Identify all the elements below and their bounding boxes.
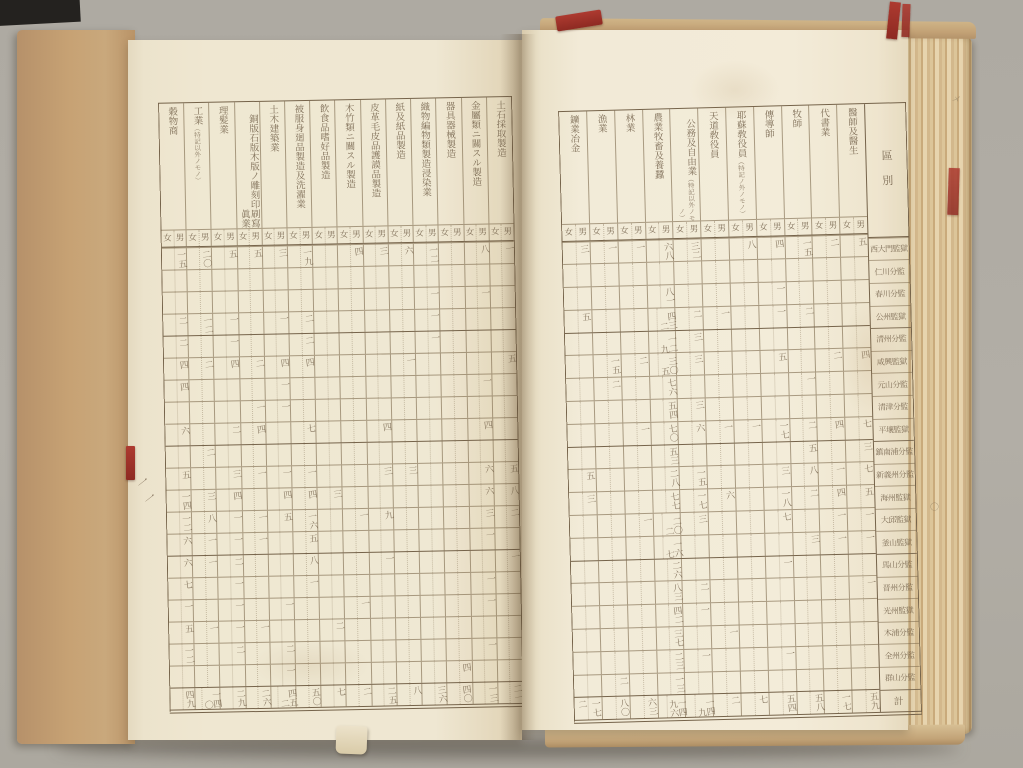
cell-value-male: 二	[233, 642, 243, 654]
subheader-male: 男	[324, 227, 337, 243]
cell-value-male: 一二	[183, 643, 194, 664]
table-cell: 一	[368, 552, 394, 573]
table-cell	[341, 442, 367, 463]
table-cell	[823, 668, 851, 691]
subheader-female: 女	[590, 224, 603, 240]
table-cell	[760, 373, 788, 396]
table-cell: 五	[564, 310, 591, 332]
table-cell	[843, 371, 871, 394]
table-cell: 一	[192, 555, 218, 576]
table-cell	[416, 397, 442, 418]
table-cell: 一	[218, 577, 244, 598]
table-cell: 二	[289, 333, 315, 354]
row-label: 西大門監獄	[869, 237, 910, 261]
table-cell	[568, 447, 595, 469]
table-cell	[320, 641, 346, 662]
table-cell: 二	[163, 336, 188, 357]
table-cell	[315, 377, 341, 398]
column-header: 漁業	[586, 111, 617, 224]
table-cell: 一	[293, 575, 319, 596]
cell-value-male: 四	[859, 348, 869, 360]
table-cell: 四	[756, 237, 784, 260]
row-label: 大邱監獄	[876, 508, 917, 532]
table-cell	[812, 258, 840, 281]
table-cell	[294, 597, 320, 618]
cell-value-male: 一	[359, 596, 369, 608]
column-header: 銅版石版木版ノ雕刻印刷寫眞業	[234, 102, 262, 228]
cell-value-male: 四五二	[277, 685, 297, 708]
table-cell	[737, 579, 765, 602]
cell-value-male: 一	[254, 400, 264, 412]
table-cell: 一	[470, 594, 496, 615]
cell-value-male: 一	[639, 422, 649, 434]
cell-value-male: 四	[835, 486, 845, 498]
table-cell	[813, 281, 841, 304]
table-cell: 五三	[650, 445, 678, 468]
cell-value-male: 五〇	[309, 685, 320, 706]
table-cell	[731, 351, 759, 374]
table-cell	[444, 550, 470, 571]
table-cell: 一	[711, 626, 739, 649]
table-cell	[787, 350, 815, 373]
column-header: 鑛業冶金	[559, 111, 589, 224]
cell-value-male: 一	[182, 599, 192, 611]
table-cell: 一	[263, 312, 289, 333]
row-label: 晋州分監	[877, 576, 918, 600]
table-cell: 一	[291, 465, 317, 486]
table-cell: 六	[468, 484, 494, 505]
table-cell: 一七	[824, 691, 852, 714]
table-cell	[573, 652, 600, 674]
cell-value-male: 一	[719, 306, 729, 318]
red-tab-left-spine	[126, 446, 135, 480]
table-cell	[389, 309, 415, 330]
table-cell: 五八	[796, 692, 824, 715]
left-page-table: 土石採取製造金屬類ニ關スル製造器具器械製造織物編物類製造浸染業紙及紙品製造皮革毛…	[158, 96, 524, 713]
column-header: 皮革毛皮品護謨品製造	[360, 99, 388, 225]
table-cell	[394, 573, 420, 594]
table-cell	[471, 660, 497, 681]
row-label: 元山分監	[872, 372, 913, 396]
table-cell: 五	[759, 351, 787, 374]
cell-value-male: 三〇五	[658, 353, 678, 377]
table-cell: 一	[217, 533, 243, 554]
cell-value-male: 二	[177, 313, 187, 325]
table-cell	[392, 441, 418, 462]
cell-value-male: 六	[482, 462, 492, 474]
row-label: 光州監獄	[878, 598, 919, 622]
table-cell: 一	[702, 307, 730, 330]
cell-value-male: 七六	[665, 376, 676, 397]
subheader-male: 男	[450, 225, 463, 241]
table-cell	[706, 443, 734, 466]
table-cell: 二八	[651, 468, 679, 491]
table-cell	[417, 441, 443, 462]
subheader-male: 男	[400, 226, 413, 242]
table-cell: 一	[767, 647, 795, 670]
cell-value-male: 五	[776, 350, 786, 362]
cell-value-male: 一	[404, 353, 414, 365]
table-cell	[365, 354, 391, 375]
cell-value-male: 一	[641, 514, 651, 526]
table-cell	[440, 352, 466, 373]
cell-value-male: 八	[745, 237, 755, 249]
table-cell: 一六七	[653, 536, 681, 559]
cell-value-male: 三	[407, 463, 417, 475]
cell-value-male: 一二	[180, 511, 191, 532]
cell-value-male: 一	[775, 305, 785, 317]
table-cell	[316, 465, 342, 486]
table-cell: 一三	[656, 673, 684, 696]
cell-value-male: 一	[280, 465, 290, 477]
table-cell: 一	[216, 511, 242, 532]
table-cell: 一二	[187, 313, 213, 334]
table-cell	[711, 648, 739, 671]
table-cell	[418, 485, 444, 506]
table-cell	[729, 260, 757, 283]
table-cell: 四	[446, 660, 472, 681]
cell-value-male: 一	[834, 463, 844, 475]
table-cell	[446, 638, 472, 659]
table-cell: 三	[569, 493, 596, 515]
table-cell	[395, 617, 421, 638]
table-cell: 二	[675, 307, 703, 330]
table-cell	[600, 629, 628, 652]
cell-value-male: 一五	[175, 247, 186, 268]
cell-value-male: 二〇二	[662, 512, 682, 536]
table-cell	[814, 326, 842, 349]
table-cell	[365, 398, 391, 419]
table-cell: 六	[165, 424, 190, 445]
subheader-male: 男	[350, 227, 363, 243]
table-cell: 一	[847, 508, 875, 531]
table-cell: 四	[164, 380, 189, 401]
cell-value-male: 一	[784, 647, 794, 659]
table-cell	[314, 355, 340, 376]
table-cell	[817, 440, 845, 463]
table-cell	[766, 601, 794, 624]
table-cell	[574, 675, 601, 697]
table-cell	[242, 554, 268, 575]
table-cell	[465, 330, 491, 351]
table-cell: 二	[682, 581, 710, 604]
table-cell	[681, 558, 709, 581]
table-cell: 一	[684, 649, 712, 672]
cell-value-male: 一六	[306, 509, 317, 530]
table-cell: 二	[269, 642, 295, 663]
table-cell: 一八	[763, 487, 791, 510]
table-cell: 一	[239, 400, 265, 421]
row-label: 春川分監	[870, 282, 911, 306]
red-ribbon-right-edge	[947, 168, 960, 215]
table-cell: 八三	[654, 581, 682, 604]
cell-value-male: 七	[335, 684, 345, 696]
table-cell	[570, 515, 597, 537]
table-cell	[239, 378, 265, 399]
table-cell	[624, 491, 652, 514]
table-cell: 二	[217, 555, 243, 576]
table-cell	[701, 261, 729, 284]
table-cell: 一	[213, 335, 239, 356]
cell-value-male: 一	[256, 510, 266, 522]
cell-value-male: 三	[694, 398, 704, 410]
table-cell	[591, 287, 619, 310]
cell-value-male: 二	[729, 694, 739, 706]
cell-value-male: 二	[204, 445, 214, 457]
table-cell: 二六	[245, 686, 271, 707]
subheader-male: 男	[575, 224, 589, 240]
cell-value-male: 四	[281, 487, 291, 499]
table-cell	[342, 486, 368, 507]
column-header: 飲食品嗜好品製造	[309, 100, 337, 226]
table-cell: 一	[819, 509, 847, 532]
table-cell	[821, 577, 849, 600]
table-cell	[733, 397, 761, 420]
table-cell	[339, 354, 365, 375]
table-cell: 一	[469, 528, 495, 549]
table-cell: 一三	[472, 682, 498, 703]
subheader-male: 男	[249, 229, 262, 245]
cell-value-male: 二	[637, 354, 647, 366]
cell-value-male: 一三	[486, 682, 497, 703]
cell-value-male: 四	[254, 422, 264, 434]
table-cell: 三	[563, 242, 590, 264]
cell-value-male: 一	[208, 621, 218, 633]
cell-value-male: 二	[284, 641, 294, 653]
table-cell	[730, 306, 758, 329]
cell-value-male: 六	[402, 243, 412, 255]
cell-value-male: 一四九六	[667, 695, 687, 719]
table-cell	[708, 512, 736, 535]
table-cell	[391, 419, 417, 440]
table-cell: 三	[677, 398, 705, 421]
table-cell	[394, 595, 420, 616]
cell-value-male: 三	[692, 353, 702, 365]
subheader-male: 男	[375, 226, 388, 242]
subheader-female: 女	[288, 228, 300, 244]
table-cell	[627, 605, 655, 628]
table-cell: 一	[818, 463, 846, 486]
table-cell	[765, 579, 793, 602]
table-cell: 二	[601, 674, 629, 697]
cell-value-male: 一	[428, 287, 438, 299]
cell-value-male: 一	[429, 309, 439, 321]
table-cell	[370, 640, 396, 661]
subheader-female: 女	[414, 226, 426, 242]
table-cell: 一	[244, 620, 270, 641]
table-cell	[795, 669, 823, 692]
cell-value-male: 三	[276, 245, 286, 257]
cell-value-male: 二九	[234, 686, 245, 707]
cell-value-male: 二	[617, 674, 627, 686]
table-cell	[684, 672, 712, 695]
table-cell	[701, 238, 729, 261]
table-cell	[465, 308, 491, 329]
table-cell	[244, 664, 270, 685]
cell-value-male: 四	[773, 236, 783, 248]
column-header: 紙及紙品製造	[385, 99, 413, 225]
cell-value-male: 一	[479, 286, 489, 298]
table-cell: 一	[622, 423, 650, 446]
table-cell	[704, 375, 732, 398]
book-photo: 土石採取製造金屬類ニ關スル製造器具器械製造織物編物類製造浸染業紙及紙品製造皮革毛…	[0, 0, 1023, 768]
table-cell: 一九	[287, 245, 313, 266]
table-cell: 一二九	[647, 331, 675, 354]
cell-value-male: 七	[757, 693, 767, 705]
cell-value-male: 二	[303, 333, 313, 345]
table-cell	[597, 515, 625, 538]
cell-value-male: 三	[697, 512, 707, 524]
table-cell: 四九	[170, 688, 195, 709]
table-cell	[757, 260, 785, 283]
table-cell	[166, 446, 191, 467]
cell-value-male: 二	[610, 377, 620, 389]
table-cell: 四	[213, 357, 239, 378]
cell-value-male: 一九	[301, 245, 312, 266]
table-cell: 五	[267, 510, 293, 531]
table-cell: 三	[680, 512, 708, 535]
column-header: 農業牧畜及養蠶	[642, 109, 673, 222]
table-cell: 一	[342, 508, 368, 529]
table-cell: 五四	[768, 693, 796, 716]
cell-value-male: 五四	[665, 399, 676, 420]
table-cell	[567, 424, 594, 446]
table-cell	[189, 379, 215, 400]
table-cell	[731, 329, 759, 352]
table-cell: 一五	[162, 248, 187, 269]
cell-value-male: 一	[863, 508, 873, 520]
table-cell	[848, 554, 876, 577]
cell-value-male: 七七	[668, 490, 679, 511]
cell-value-male: 五	[806, 441, 816, 453]
cell-value-male: 一	[383, 551, 393, 563]
table-cell: 一	[705, 421, 733, 444]
table-cell	[388, 265, 414, 286]
cell-value-male: 六	[181, 533, 191, 545]
table-cell	[442, 462, 468, 483]
table-cell	[162, 270, 187, 291]
cell-value-male: 一	[804, 372, 814, 384]
cell-value-male: 二	[691, 307, 701, 319]
cell-value-male: 一	[485, 594, 495, 606]
table-cell	[315, 421, 341, 442]
cell-value-male: 四	[304, 355, 314, 367]
cell-value-male: 一	[774, 282, 784, 294]
cell-value-male: 七	[305, 421, 315, 433]
table-cell	[392, 485, 418, 506]
cell-value-male: 二	[360, 684, 370, 696]
cell-value-male: 一八	[779, 487, 790, 508]
spine-shadow	[500, 34, 536, 740]
table-cell: 二	[620, 354, 648, 377]
cell-value-male: 一	[227, 312, 237, 324]
table-cell: 七〇	[650, 422, 678, 445]
table-cell	[445, 616, 471, 637]
right-page: 醫師及醫生代書業牧師傳導師耶蘇敎役員（特記ノ外ノモノ）天道敎役員公務及自由業（特…	[522, 30, 908, 730]
cell-value-male: 五	[856, 234, 866, 246]
table-cell	[163, 292, 188, 313]
subheader-male: 男	[742, 220, 756, 236]
table-cell	[318, 553, 344, 574]
cell-value-male: 一	[257, 532, 267, 544]
table-cell	[785, 282, 813, 305]
table-cell: 一二	[167, 512, 192, 533]
cell-value-male: 七	[182, 577, 192, 589]
table-cell: 一	[266, 466, 292, 487]
cell-value-male: 三六	[436, 683, 447, 704]
subheader-female: 女	[388, 226, 400, 242]
cell-value-female: 二	[576, 698, 586, 710]
subheader-female: 女	[161, 231, 173, 247]
table-cell: 一	[192, 533, 218, 554]
table-cell	[850, 622, 878, 645]
table-cell: 七	[763, 510, 791, 533]
table-cell: 二	[791, 487, 819, 510]
table-cell	[712, 671, 740, 694]
table-cell	[241, 488, 267, 509]
table-cell	[734, 443, 762, 466]
table-cell	[594, 423, 622, 446]
subheader-male: 男	[770, 219, 784, 235]
cell-value-male: 二	[831, 349, 841, 361]
table-cell	[262, 268, 288, 289]
table-cell	[572, 584, 599, 606]
table-cell	[237, 268, 263, 289]
subheader-female: 女	[313, 228, 325, 244]
table-cell	[842, 326, 870, 349]
column-header: 傳導師	[753, 106, 784, 219]
table-cell	[186, 269, 212, 290]
table-cell	[212, 269, 238, 290]
table-cell	[623, 468, 651, 491]
table-cell	[567, 401, 594, 423]
table-cell: 二	[319, 619, 345, 640]
table-cell	[187, 291, 213, 312]
cell-value-male: 五	[251, 246, 261, 258]
cell-value-male: 四	[481, 418, 491, 430]
subheader-male: 男	[198, 230, 211, 246]
table-cell	[319, 597, 345, 618]
table-cell	[189, 423, 215, 444]
table-cell: 三二	[673, 239, 701, 262]
cell-value-male: 二六	[259, 686, 270, 707]
table-cell: 五〇	[295, 685, 321, 706]
table-cell: 二	[713, 694, 741, 717]
cell-value-male: 一	[483, 528, 493, 540]
table-cell	[565, 333, 592, 355]
cell-value-male: 一	[233, 598, 243, 610]
table-cell	[792, 555, 820, 578]
row-label: 釜山監獄	[876, 530, 917, 554]
table-cell	[342, 464, 368, 485]
cell-value-male: 四	[178, 379, 188, 391]
table-cell: 三	[845, 440, 873, 463]
table-cell	[619, 309, 647, 332]
cell-value-male: 五	[281, 509, 291, 521]
table-cell	[395, 639, 421, 660]
table-cell	[363, 288, 389, 309]
table-cell: 一	[589, 241, 617, 264]
table-cell: 一五	[784, 236, 812, 259]
subheader-male: 男	[476, 224, 489, 240]
table-cell	[573, 629, 600, 651]
column-header: 天道敎役員	[697, 108, 728, 221]
table-cell	[471, 616, 497, 637]
table-cell: 四	[337, 244, 363, 265]
table-cell	[620, 332, 648, 355]
cell-value-male: 四	[228, 356, 238, 368]
cell-value-male: 四	[833, 417, 843, 429]
